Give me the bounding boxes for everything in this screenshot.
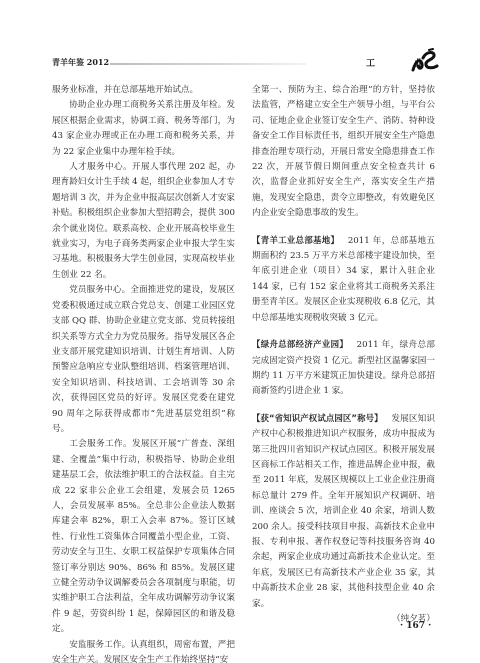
section-lvzhou-park: 【绿舟总部经济产业园】 2011 年，绿舟总部完成固定资产投资 1 亿元。新型社… — [252, 337, 435, 400]
page-header: 青羊年鉴 2012 工 业 — [52, 54, 452, 78]
section-body: 2011 年，总部基地五期面积约 23.5 万平方米总部楼宇建设加快，至年底引进… — [252, 236, 435, 323]
calligraphy-logo-icon — [410, 48, 440, 74]
paragraph: 协助企业办理工商税务关系注册及年检。发展区根据企业需求，协调工商、税务等部门，为… — [52, 98, 235, 160]
section-body: 发展区知识产权中心积极推进知识产权服务，成功申报成为第三批四川省知识产权试点园区… — [252, 414, 435, 609]
paragraph: 人才服务中心。开展人事代理 202 起，办理育龄妇女计生手续 4 起，组织企业参… — [52, 160, 235, 283]
section-ip-pilot: 【获“省知识产权试点园区”称号】 发展区知识产权中心积极推进知识产权服务，成功申… — [252, 411, 435, 612]
left-column: 服务业标准，并在总部基地开始试点。 协助企业办理工商税务关系注册及年检。发展区根… — [52, 83, 235, 663]
section-hq-base: 【青羊工业总部基地】 2011 年，总部基地五期面积约 23.5 万平方米总部楼… — [252, 233, 435, 326]
paragraph: 安监服务工作。认真组织，周密布置，严把安全生产关。发展区安全生产工作始终坚持“安 — [52, 638, 235, 663]
page-number: · 167 · — [400, 621, 431, 631]
paragraph: 服务业标准，并在总部基地开始试点。 — [52, 83, 235, 98]
header-rule — [110, 63, 306, 65]
section-title: 【获“省知识产权试点园区”称号】 — [252, 413, 383, 423]
paragraph: 工会服务工作。发展区开展“广普查、深组建、全覆盖”集中行动，积极指导、协助企业组… — [52, 437, 235, 637]
yearbook-title: 青羊年鉴 2012 — [52, 57, 109, 68]
section-title: 【青羊工业总部基地】 — [252, 235, 339, 245]
right-column: 全第一、预防为主、综合治理”的方针，坚持依法监管，严格建立安全生产领导小组，与平… — [252, 83, 435, 627]
paragraph: 全第一、预防为主、综合治理”的方针，坚持依法监管，严格建立安全生产领导小组，与平… — [252, 83, 435, 222]
section-title: 【绿舟总部经济产业园】 — [252, 339, 348, 349]
paragraph: 党员服务中心。全面推进党的建设，发展区党委积极通过成立联合党总支、创建工业园区党… — [52, 283, 235, 437]
